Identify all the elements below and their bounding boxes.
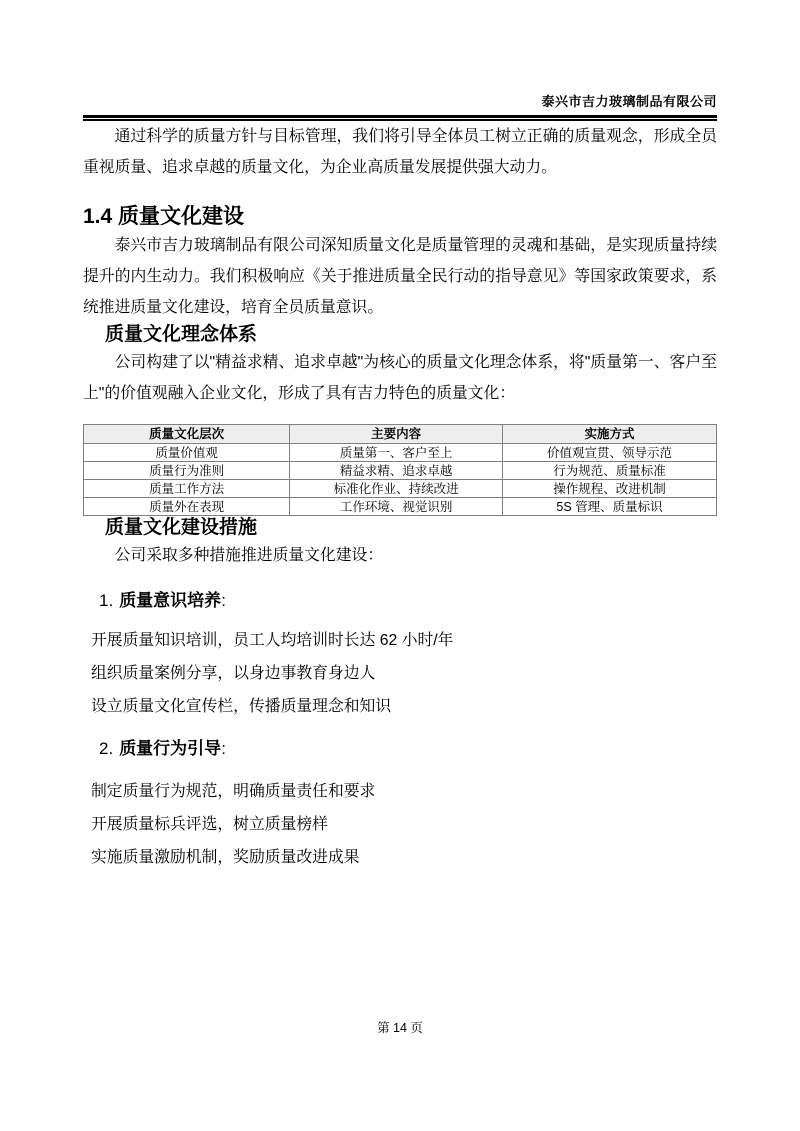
section-lead-paragraph: 泰兴市吉力玻璃制品有限公司深知质量文化是质量管理的灵魂和基础，是实现质量持续提升… (83, 230, 717, 323)
table-cell: 标准化作业、持续改进 (290, 480, 503, 498)
measures-intro-paragraph: 公司采取多种措施推进质量文化建设： (83, 540, 717, 571)
concept-paragraph: 公司构建了以"精益求精、追求卓越"为核心的质量文化理念体系，将"质量第一、客户至… (83, 347, 717, 409)
list-item: 组织质量案例分享，以身边事教育身边人 (91, 663, 717, 685)
quality-culture-table: 质量文化层次 主要内容 实施方式 质量价值观 质量第一、客户至上 价值观宣贯、领… (83, 424, 717, 516)
group-number: 1. (99, 591, 113, 610)
table-cell: 操作规程、改进机制 (503, 480, 717, 498)
table-row: 质量外在表现 工作环境、视觉识别 5S 管理、质量标识 (84, 498, 717, 516)
table-cell: 质量外在表现 (84, 498, 290, 516)
table-cell: 质量行为准则 (84, 462, 290, 480)
table-row: 质量工作方法 标准化作业、持续改进 操作规程、改进机制 (84, 480, 717, 498)
list-item: 设立质量文化宣传栏，传播质量理念和知识 (91, 696, 717, 718)
table-cell: 质量第一、客户至上 (290, 444, 503, 462)
section-heading: 1.4 质量文化建设 (83, 203, 717, 230)
table-header-cell-level: 质量文化层次 (84, 425, 290, 444)
group-number: 2. (99, 739, 113, 758)
table-cell: 5S 管理、质量标识 (503, 498, 717, 516)
measure-group-1-heading: 1.质量意识培养: (99, 589, 717, 613)
table-row: 质量价值观 质量第一、客户至上 价值观宣贯、领导示范 (84, 444, 717, 462)
intro-paragraph: 通过科学的质量方针与目标管理，我们将引导全体员工树立正确的质量观念，形成全员重视… (83, 121, 717, 183)
subsection-heading-concept: 质量文化理念体系 (105, 323, 717, 347)
table-header-cell-content: 主要内容 (290, 425, 503, 444)
list-item: 开展质量标兵评选，树立质量榜样 (91, 814, 717, 836)
table-header-row: 质量文化层次 主要内容 实施方式 (84, 425, 717, 444)
table-row: 质量行为准则 精益求精、追求卓越 行为规范、质量标准 (84, 462, 717, 480)
group-title: 质量意识培养 (119, 591, 221, 610)
table-cell: 价值观宣贯、领导示范 (503, 444, 717, 462)
company-name: 泰兴市吉力玻璃制品有限公司 (541, 94, 717, 109)
table-header-cell-method: 实施方式 (503, 425, 717, 444)
group-colon: : (221, 739, 226, 758)
measure-group-2-heading: 2.质量行为引导: (99, 737, 717, 761)
group-title: 质量行为引导 (119, 739, 221, 758)
page-footer: 第 14 页 (0, 1020, 800, 1036)
table-cell: 质量工作方法 (84, 480, 290, 498)
group-colon: : (221, 591, 226, 610)
table-cell: 质量价值观 (84, 444, 290, 462)
document-header: 泰兴市吉力玻璃制品有限公司 (83, 94, 717, 110)
list-item: 制定质量行为规范，明确质量责任和要求 (91, 781, 717, 803)
page-number: 第 14 页 (377, 1021, 423, 1035)
table-cell: 行为规范、质量标准 (503, 462, 717, 480)
list-item: 开展质量知识培训，员工人均培训时长达 62 小时/年 (91, 630, 717, 652)
subsection-heading-measures: 质量文化建设措施 (105, 516, 717, 540)
document-page: 泰兴市吉力玻璃制品有限公司 通过科学的质量方针与目标管理，我们将引导全体员工树立… (0, 0, 800, 1131)
table-cell: 工作环境、视觉识别 (290, 498, 503, 516)
table-cell: 精益求精、追求卓越 (290, 462, 503, 480)
list-item: 实施质量激励机制，奖励质量改进成果 (91, 847, 717, 869)
